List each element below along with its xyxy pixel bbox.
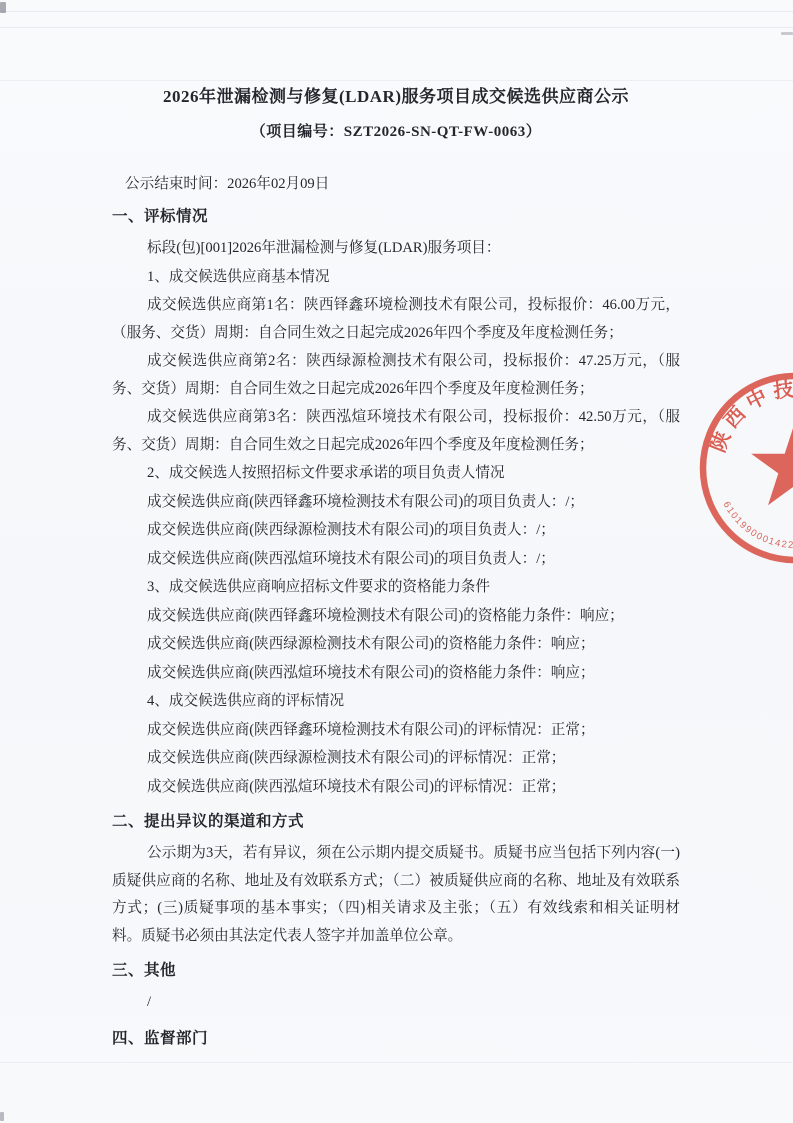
document-paragraph: 成交候选供应商(陕西绿源检测技术有限公司)的资格能力条件：响应； [112, 631, 680, 659]
document-paragraph: / [112, 989, 680, 1017]
scan-artifact-line [0, 1062, 793, 1063]
document-paragraph: 成交候选供应商(陕西铎鑫环境检测技术有限公司)的资格能力条件：响应； [112, 603, 680, 631]
document-paragraph: 标段(包)[001]2026年泄漏检测与修复(LDAR)服务项目： [112, 235, 680, 263]
document-paragraph: 成交候选供应商第3名：陕西泓煊环境技术有限公司，投标报价：42.50万元，（服务… [112, 404, 680, 459]
document-paragraph: 成交候选供应商第1名：陕西铎鑫环境检测技术有限公司，投标报价：46.00万元，（… [112, 292, 680, 347]
scan-artifact-speck [0, 1112, 4, 1121]
document-paragraph: 成交候选供应商(陕西泓煊环境技术有限公司)的资格能力条件：响应； [112, 660, 680, 688]
page-title: 2026年泄漏检测与修复(LDAR)服务项目成交候选供应商公示 [112, 86, 680, 108]
document-paragraph: 成交候选供应商(陕西铎鑫环境检测技术有限公司)的项目负责人：/； [112, 489, 680, 517]
document-paragraph: 3、成交候选供应商响应招标文件要求的资格能力条件 [112, 574, 680, 602]
seal-star-icon [751, 422, 793, 505]
document-paragraph: 4、成交候选供应商的评标情况 [112, 688, 680, 716]
section-heading-other: 三、其他 [112, 958, 680, 984]
document-paragraph: 2、成交候选人按照招标文件要求承诺的项目负责人情况 [112, 460, 680, 488]
document-paragraph: 1、成交候选供应商基本情况 [112, 264, 680, 292]
section-heading-evaluation: 一、评标情况 [112, 204, 680, 230]
document-paragraph: 成交候选供应商(陕西绿源检测技术有限公司)的项目负责人：/； [112, 517, 680, 545]
official-seal: 陕西中技 6101990001422 [698, 362, 793, 582]
scanned-document-page: 2026年泄漏检测与修复(LDAR)服务项目成交候选供应商公示 （项目编号：SZ… [0, 0, 793, 1123]
scan-artifact-speck [781, 32, 793, 35]
scan-artifact-speck [0, 2, 6, 13]
document-content-column: 2026年泄漏检测与修复(LDAR)服务项目成交候选供应商公示 （项目编号：SZ… [112, 0, 680, 1057]
document-paragraph: 成交候选供应商(陕西绿源检测技术有限公司)的评标情况：正常； [112, 745, 680, 773]
document-paragraph: 成交候选供应商第2名：陕西绿源检测技术有限公司，投标报价：47.25万元，（服务… [112, 348, 680, 403]
document-paragraph: 成交候选供应商(陕西铎鑫环境检测技术有限公司)的评标情况：正常； [112, 717, 680, 745]
publicity-end-time: 公示结束时间：2026年02月09日 [125, 172, 680, 196]
section-heading-supervision: 四、监督部门 [112, 1026, 680, 1052]
project-number-line: （项目编号：SZT2026-SN-QT-FW-0063） [112, 122, 680, 142]
document-paragraph: 成交候选供应商(陕西泓煊环境技术有限公司)的项目负责人：/； [112, 546, 680, 574]
section-heading-objection: 二、提出异议的渠道和方式 [112, 809, 680, 835]
seal-code-arc-text: 6101990001422 [721, 500, 793, 551]
document-paragraph: 公示期为3天，若有异议，须在公示期内提交质疑书。质疑书应当包括下列内容(一)质疑… [112, 840, 680, 950]
document-paragraph: 成交候选供应商(陕西泓煊环境技术有限公司)的评标情况：正常； [112, 774, 680, 802]
